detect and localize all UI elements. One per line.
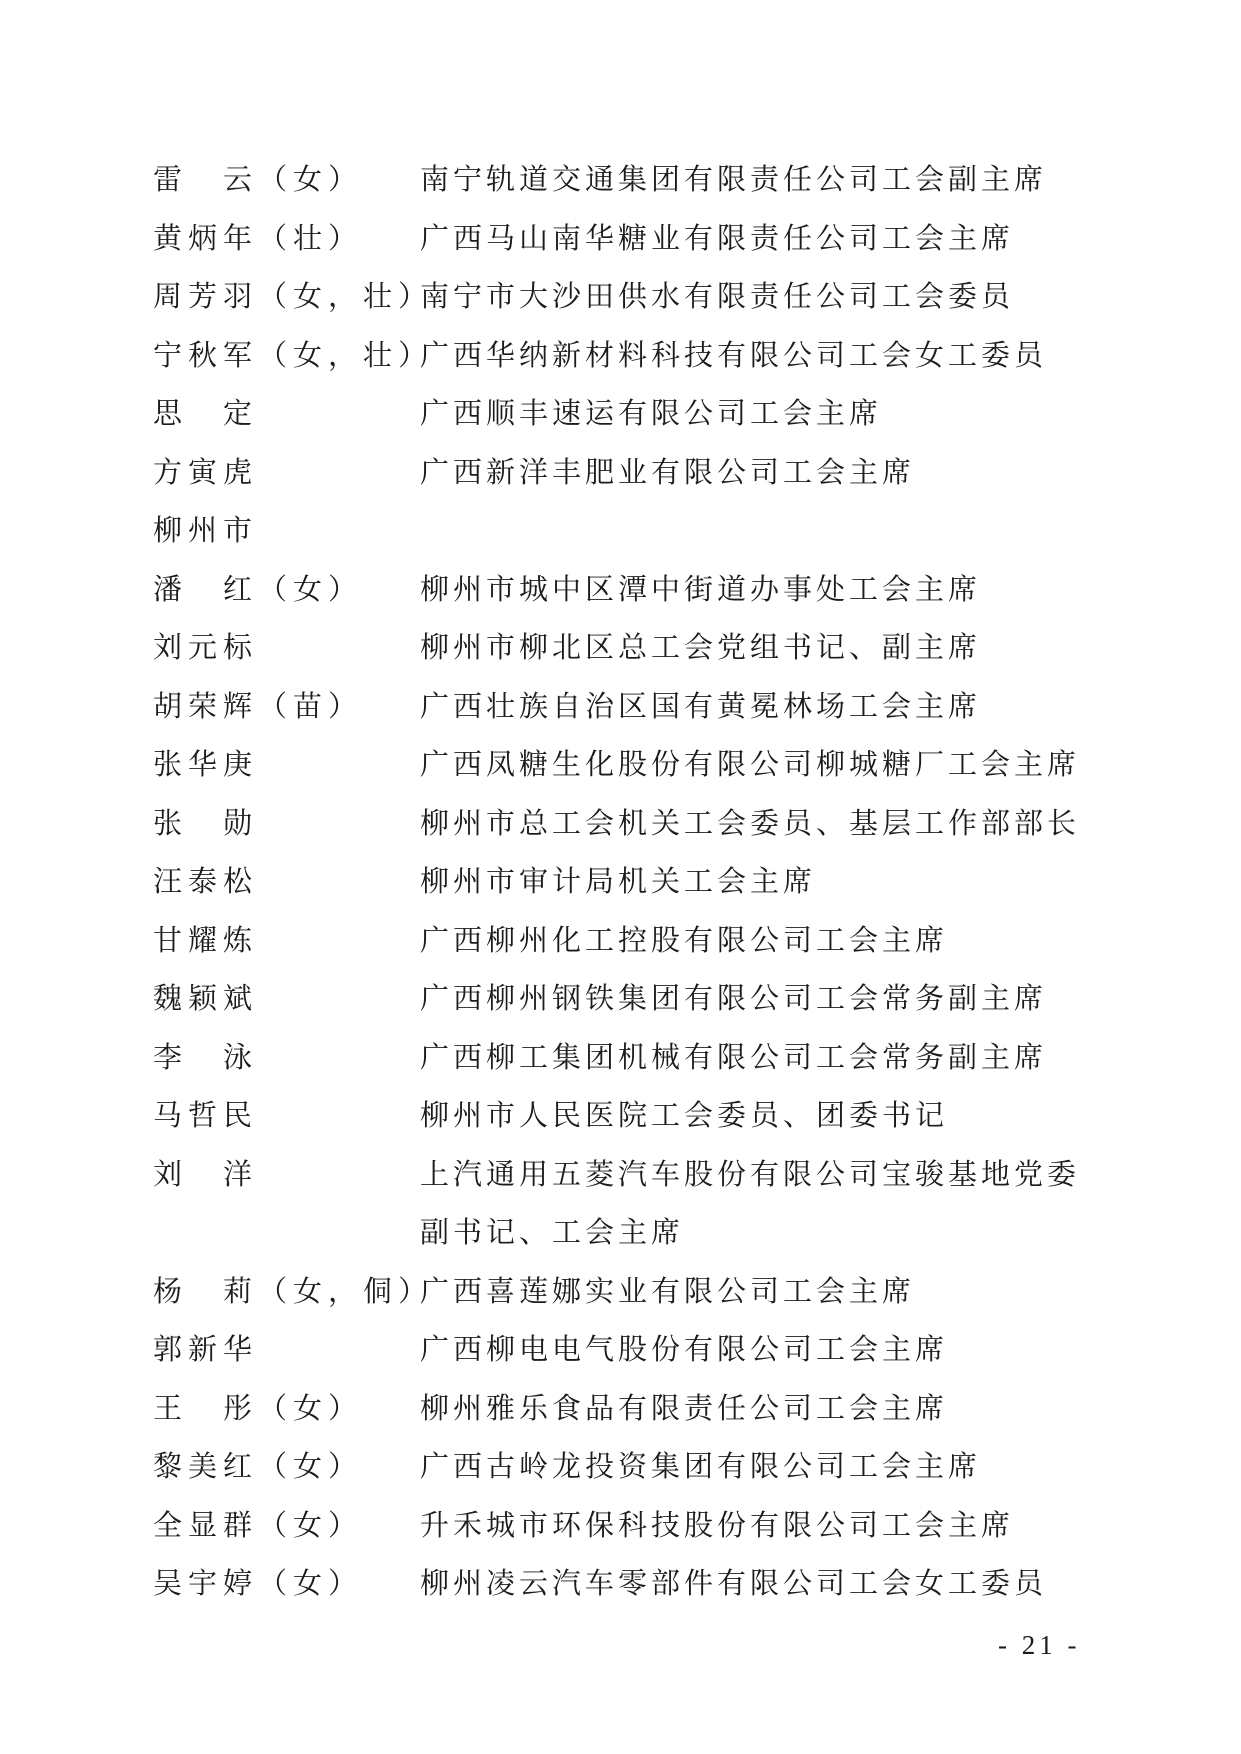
list-row: 王 彤（女） 柳州雅乐食品有限责任公司工会主席 [153,1380,1098,1439]
person-title: 升禾城市环保科技股份有限公司工会主席 [420,1497,1098,1556]
person-title: 广西古岭龙投资集团有限公司工会主席 [420,1438,1098,1497]
person-name: 周芳羽（女，壮） [153,268,420,327]
person-title: 广西马山南华糖业有限责任公司工会主席 [420,210,1098,269]
list-row: 黄炳年（壮） 广西马山南华糖业有限责任公司工会主席 [153,210,1098,269]
person-name: 思 定 [153,385,420,444]
person-title-line-2: 副书记、工会主席 [420,1204,1098,1263]
list-row-two-lines: 刘 洋 上汽通用五菱汽车股份有限公司宝骏基地党委 副书记、工会主席 [153,1146,1098,1263]
person-name: 刘 洋 [153,1146,420,1205]
person-name: 吴宇婷（女） [153,1555,420,1614]
person-name: 魏颖斌 [153,970,420,1029]
person-title: 上汽通用五菱汽车股份有限公司宝骏基地党委 副书记、工会主席 [420,1146,1098,1263]
person-title: 柳州市总工会机关工会委员、基层工作部部长 [420,795,1098,854]
list-row: 李 泳 广西柳工集团机械有限公司工会常务副主席 [153,1029,1098,1088]
list-row: 胡荣辉（苗） 广西壮族自治区国有黄冕林场工会主席 [153,678,1098,737]
list-row: 马哲民 柳州市人民医院工会委员、团委书记 [153,1087,1098,1146]
person-title: 广西顺丰速运有限公司工会主席 [420,385,1098,444]
list-row: 宁秋军（女，壮） 广西华纳新材料科技有限公司工会女工委员 [153,327,1098,386]
list-row: 张 勋 柳州市总工会机关工会委员、基层工作部部长 [153,795,1098,854]
person-name: 杨 莉（女，侗） [153,1263,420,1322]
person-name: 马哲民 [153,1087,420,1146]
list-row: 雷 云（女） 南宁轨道交通集团有限责任公司工会副主席 [153,151,1098,210]
list-row: 黎美红（女） 广西古岭龙投资集团有限公司工会主席 [153,1438,1098,1497]
person-name: 汪泰松 [153,853,420,912]
person-name: 宁秋军（女，壮） [153,327,420,386]
person-title: 广西柳工集团机械有限公司工会常务副主席 [420,1029,1098,1088]
person-name: 黎美红（女） [153,1438,420,1497]
person-title: 广西华纳新材料科技有限公司工会女工委员 [420,327,1098,386]
person-name: 潘 红（女） [153,561,420,620]
list-row: 周芳羽（女，壮） 南宁市大沙田供水有限责任公司工会委员 [153,268,1098,327]
person-name: 甘耀炼 [153,912,420,971]
roster-list: 雷 云（女） 南宁轨道交通集团有限责任公司工会副主席 黄炳年（壮） 广西马山南华… [153,151,1098,1614]
person-title: 广西喜莲娜实业有限公司工会主席 [420,1263,1098,1322]
list-row: 刘元标 柳州市柳北区总工会党组书记、副主席 [153,619,1098,678]
person-title: 广西柳电电气股份有限公司工会主席 [420,1321,1098,1380]
person-title: 南宁市大沙田供水有限责任公司工会委员 [420,268,1098,327]
person-title: 广西柳州化工控股有限公司工会主席 [420,912,1098,971]
person-title: 柳州雅乐食品有限责任公司工会主席 [420,1380,1098,1439]
city-section-header: 柳州市 [153,502,258,561]
person-title-line-1: 上汽通用五菱汽车股份有限公司宝骏基地党委 [420,1146,1098,1205]
document-page: 雷 云（女） 南宁轨道交通集团有限责任公司工会副主席 黄炳年（壮） 广西马山南华… [0,0,1241,1754]
list-row: 张华庚 广西凤糖生化股份有限公司柳城糖厂工会主席 [153,736,1098,795]
list-row: 吴宇婷（女） 柳州凌云汽车零部件有限公司工会女工委员 [153,1555,1098,1614]
person-title: 柳州凌云汽车零部件有限公司工会女工委员 [420,1555,1098,1614]
list-row: 甘耀炼 广西柳州化工控股有限公司工会主席 [153,912,1098,971]
person-title: 广西壮族自治区国有黄冕林场工会主席 [420,678,1098,737]
person-title: 柳州市审计局机关工会主席 [420,853,1098,912]
person-name: 王 彤（女） [153,1380,420,1439]
list-row: 全显群（女） 升禾城市环保科技股份有限公司工会主席 [153,1497,1098,1556]
person-name: 张华庚 [153,736,420,795]
person-title: 广西凤糖生化股份有限公司柳城糖厂工会主席 [420,736,1098,795]
list-row: 潘 红（女） 柳州市城中区潭中街道办事处工会主席 [153,561,1098,620]
person-title: 广西新洋丰肥业有限公司工会主席 [420,444,1098,503]
person-title: 南宁轨道交通集团有限责任公司工会副主席 [420,151,1098,210]
list-row: 思 定 广西顺丰速运有限公司工会主席 [153,385,1098,444]
person-name: 胡荣辉（苗） [153,678,420,737]
list-row: 方寅虎 广西新洋丰肥业有限公司工会主席 [153,444,1098,503]
person-name: 郭新华 [153,1321,420,1380]
person-name: 张 勋 [153,795,420,854]
list-row: 郭新华 广西柳电电气股份有限公司工会主席 [153,1321,1098,1380]
person-name: 全显群（女） [153,1497,420,1556]
city-section-row: 柳州市 [153,502,1098,561]
person-title: 广西柳州钢铁集团有限公司工会常务副主席 [420,970,1098,1029]
list-row: 魏颖斌 广西柳州钢铁集团有限公司工会常务副主席 [153,970,1098,1029]
person-title: 柳州市城中区潭中街道办事处工会主席 [420,561,1098,620]
list-row: 杨 莉（女，侗） 广西喜莲娜实业有限公司工会主席 [153,1263,1098,1322]
person-name: 李 泳 [153,1029,420,1088]
person-title: 柳州市柳北区总工会党组书记、副主席 [420,619,1098,678]
page-number: - 21 - [998,1628,1080,1662]
person-name: 雷 云（女） [153,151,420,210]
person-name: 黄炳年（壮） [153,210,420,269]
list-row: 汪泰松 柳州市审计局机关工会主席 [153,853,1098,912]
person-name: 方寅虎 [153,444,420,503]
person-title: 柳州市人民医院工会委员、团委书记 [420,1087,1098,1146]
person-name: 刘元标 [153,619,420,678]
